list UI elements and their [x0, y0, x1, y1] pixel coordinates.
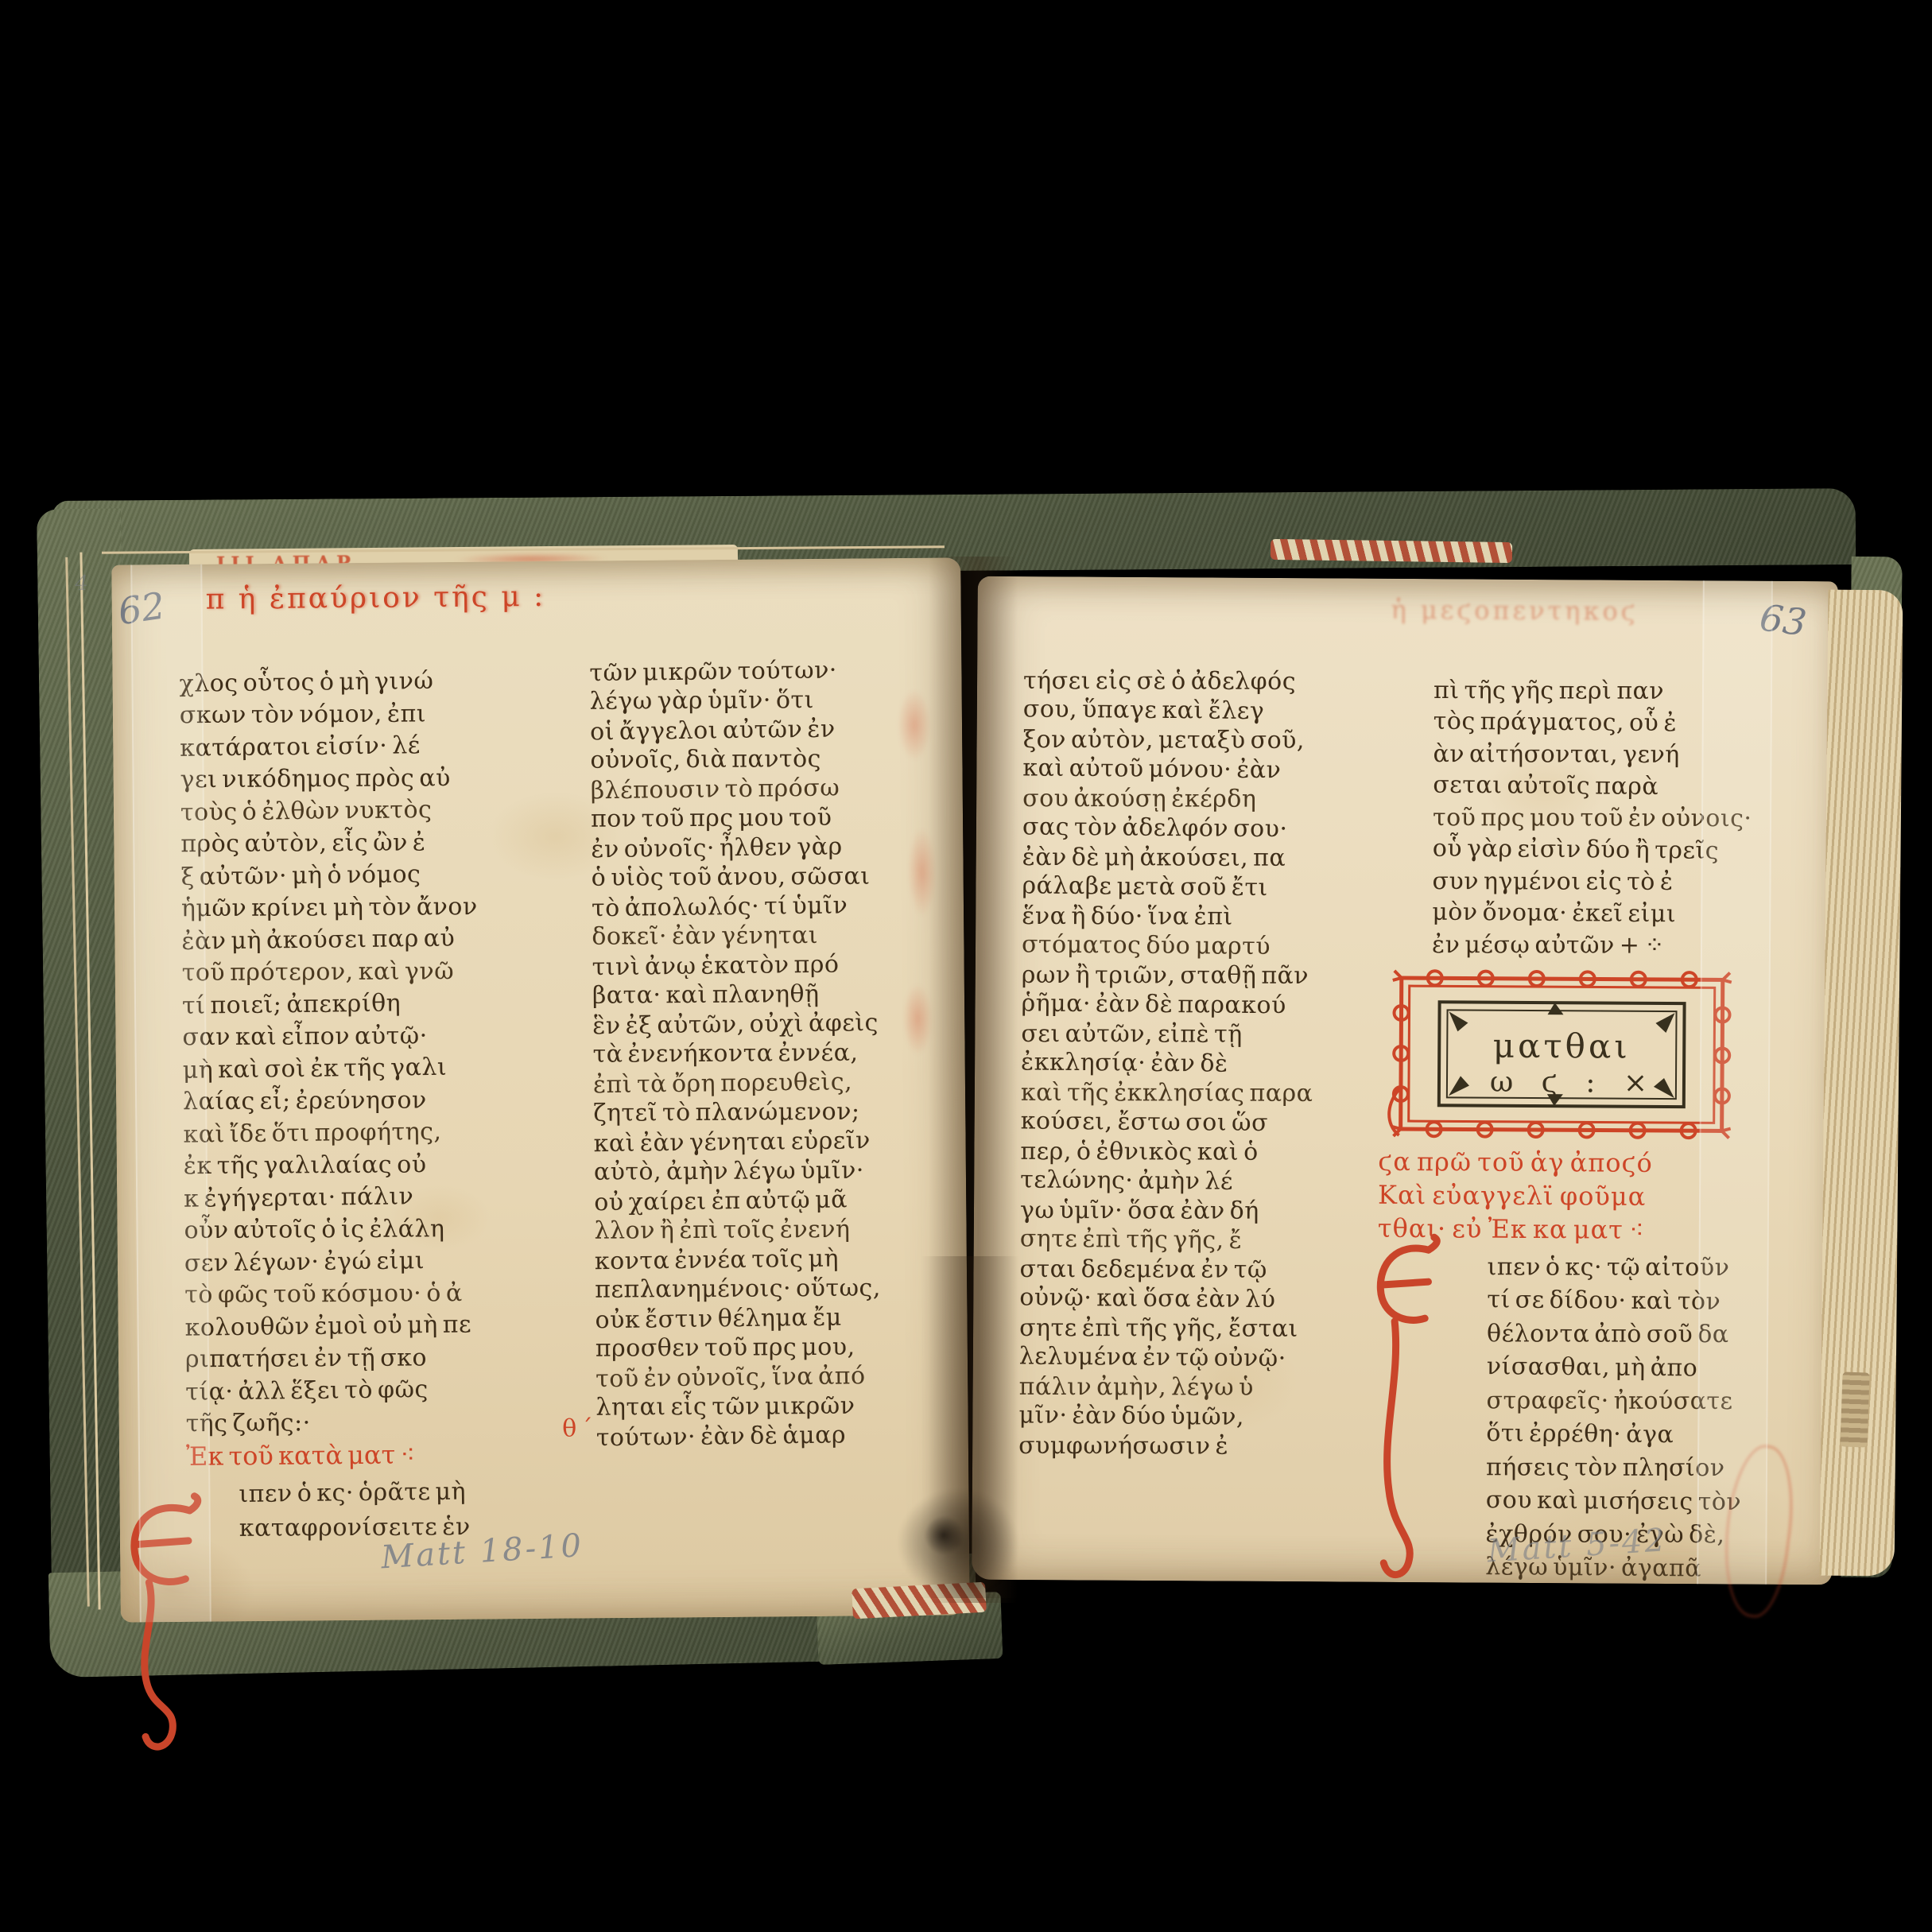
- text-line: τί ποιεῖ; ἀπεκρίθη: [182, 986, 584, 1023]
- text-line: μῖν· ἐὰν δύο ὑμῶν,: [1018, 1400, 1414, 1433]
- text-line: λαίας εἶ; ἐρεύνησον: [183, 1084, 585, 1119]
- text-line: ἐκ τῆς γαλιλαίας οὐ: [184, 1148, 586, 1183]
- text-line: τῆς ζωῆς:·: [186, 1406, 588, 1441]
- text-column-3: τήσει εἰς σὲ ὁ ἀδελφόςσου, ὕπαγε καὶ ἔλε…: [1018, 665, 1419, 1462]
- text-line: σαν καὶ εἶπον αὐτῷ·: [182, 1019, 584, 1054]
- repair-tape-right: [1697, 580, 1773, 1585]
- repair-tape-left: [130, 564, 211, 1623]
- pencil-corner-mark: 4: [75, 572, 91, 596]
- lection-rubric-left: π ἡ ἐπαύριον τῆς μ :: [205, 580, 545, 616]
- text-line: ράλαβε μετὰ σοῦ ἔτι: [1022, 871, 1418, 903]
- text-line: ἐὰν δὲ μὴ ἀκούσει, πα: [1022, 843, 1418, 873]
- frame-title-line1: ματθαι: [1393, 1026, 1730, 1067]
- text-line: τὸ φῶς τοῦ κόσμου· ὁ ἀ: [184, 1277, 587, 1312]
- text-line: σας τὸν ἀδελφόν σου·: [1022, 812, 1418, 844]
- rubric-line: Ἐκ τοῦ κατὰ ματ ⁖ θ ´: [186, 1437, 588, 1476]
- text-line: καὶ τῆς ἐκκλησίας παρα: [1021, 1078, 1417, 1108]
- column1-lines: χλος οὗτος ὁ μὴ γινώσκων τὸν νόμον, ἐπικ…: [179, 665, 588, 1441]
- text-line: τελώνης· ἀμὴν λέ: [1020, 1165, 1416, 1197]
- manuscript-photo: ΙΙΙ ΑΠΑΡ 62 4 π ἡ ἐπαύριον τῆς μ : χλος …: [0, 0, 1932, 1932]
- fore-edge-tab: [1840, 1371, 1869, 1447]
- text-line: πάλιν ἀμὴν, λέγω ὑ: [1019, 1372, 1415, 1402]
- text-line: καὶ αὐτοῦ μόνου· ἐὰν: [1022, 753, 1418, 786]
- frame-title-line2: ω ϛ : ×: [1417, 1065, 1730, 1100]
- text-line: τοῦ πρότερον, καὶ γνῶ: [182, 955, 584, 990]
- text-line: συμφωνήσωσιν ἐ: [1018, 1431, 1414, 1461]
- text-line: σητε ἐπὶ τῆς γῆς, ἔ: [1020, 1224, 1416, 1256]
- text-line: τοὺς ὁ ἐλθὼν νυκτὸς: [180, 793, 583, 830]
- text-line: γει νικόδημος πρὸς αὐ: [180, 762, 582, 797]
- text-line: σκων τὸν νόμον, ἐπι: [180, 697, 582, 732]
- text-line: οὖν αὐτοῖς ὁ ἰς ἐλάλη: [184, 1212, 586, 1247]
- text-line: οὐνῷ· καὶ ὅσα ἐὰν λύ: [1019, 1282, 1415, 1315]
- text-line: κατάρατοι εἰσίν· λέ: [180, 728, 582, 766]
- text-line: μὴ καὶ σοὶ ἐκ τῆς γαλι: [183, 1050, 585, 1088]
- endband-top: [1271, 539, 1512, 563]
- text-line: τήσει εἰς σὲ ὁ ἀδελφός: [1023, 666, 1419, 696]
- text-line: καὶ ἴδε ὅτι προφήτης,: [183, 1115, 585, 1152]
- text-line: σεν λέγων· ἐγώ εἰμι: [184, 1243, 587, 1281]
- illuminated-initial-epsilon-right: [1369, 1236, 1448, 1586]
- text-line: κούσει, ἔστω σοι ὥσ: [1021, 1106, 1417, 1139]
- text-line: ρων ἢ τριῶν, σταθῇ πᾶν: [1022, 960, 1418, 991]
- text-line: κολουθῶν ἐμοὶ οὐ μὴ πε: [184, 1308, 587, 1345]
- text-line: ἐὰν μὴ ἀκούσει παρ αὐ: [181, 921, 584, 959]
- text-line: ριπατήσει ἐν τῇ σκο: [185, 1341, 588, 1376]
- text-line: σου ἀκούσῃ ἐκέρδη: [1022, 784, 1418, 814]
- text-line: σου, ὕπαγε καὶ ἔλεγ: [1023, 694, 1419, 727]
- text-line: ιπεν ὁ κς· ὁρᾶτε μὴ: [186, 1473, 588, 1513]
- text-line: ξον αὐτὸν, μεταξὺ σοῦ,: [1023, 725, 1419, 755]
- evangelist-frame: ματθαι ω ϛ : ×: [1393, 968, 1731, 1141]
- text-line: ἡμῶν κρίνει μὴ τὸν ἄνον: [181, 890, 584, 925]
- ink-smudge-core: [916, 1507, 972, 1563]
- text-line: σητε ἐπὶ τῆς γῆς, ἔσται: [1019, 1313, 1415, 1344]
- right-page: 63 ἡ μεϛοπεντηκοϛ τήσει εἰς σὲ ὁ ἀδελφός…: [972, 576, 1838, 1585]
- text-line: γω ὑμῖν· ὅσα ἐὰν δή: [1020, 1196, 1416, 1226]
- left-page: 62 4 π ἡ ἐπαύριον τῆς μ : χλος οὗτος ὁ μ…: [111, 557, 970, 1622]
- text-line: τίᾳ· ἀλλ ἕξει τὸ φῶς: [185, 1372, 588, 1410]
- text-line: περ, ὁ ἐθνικὸς καὶ ὁ: [1020, 1137, 1416, 1167]
- rubric-superscript: θ ´: [562, 1413, 593, 1445]
- text-line: ῥῆμα· ἐὰν δὲ παρακού: [1021, 988, 1417, 1021]
- column3-lines: τήσει εἰς σὲ ὁ ἀδελφόςσου, ὕπαγε καὶ ἔλε…: [1018, 665, 1419, 1462]
- rubric-text: Ἐκ τοῦ κατὰ ματ ⁖: [186, 1439, 416, 1472]
- text-line: κ ἐγήγερται· πάλιν: [184, 1179, 586, 1216]
- text-line: στόματος δύο μαρτύ: [1022, 929, 1418, 962]
- text-line: χλος οὗτος ὁ μὴ γινώ: [179, 664, 581, 701]
- text-line: λελυμένα ἐν τῷ οὐνῷ·: [1019, 1341, 1415, 1374]
- text-line: σει αὐτῶν, εἰπὲ τῇ: [1021, 1019, 1417, 1049]
- text-line: σται δεδεμένα ἐν τῷ: [1019, 1255, 1415, 1285]
- text-line: ἐκκλησίᾳ· ἐὰν δὲ: [1021, 1047, 1417, 1080]
- text-line: ἕνα ἢ δύο· ἵνα ἐπὶ: [1022, 902, 1418, 932]
- text-line: ξ αὐτῶν· μὴ ὁ νόμος: [180, 857, 583, 894]
- text-column-1: χλος οὗτος ὁ μὴ γινώσκων τὸν νόμον, ἐπικ…: [179, 665, 589, 1547]
- lection-rubric-right-faint: ἡ μεϛοπεντηκοϛ: [1391, 595, 1639, 627]
- text-line: πρὸς αὐτὸν, εἷς ὢν ἐ: [180, 826, 583, 861]
